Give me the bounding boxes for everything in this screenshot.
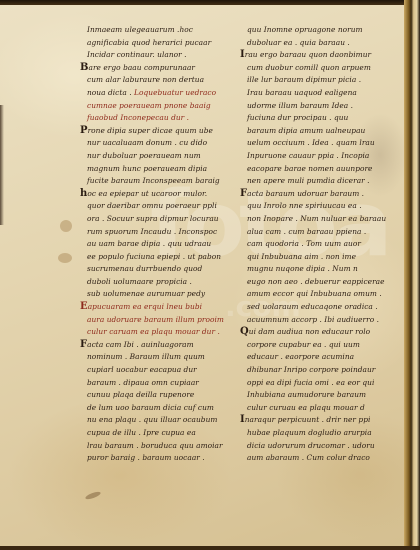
manuscript-line: lrau baraum . boruduca quu amoiar bbox=[84, 440, 234, 453]
manuscript-line: dicia udorurum drucomar . udoru bbox=[244, 440, 394, 453]
line-text: rau ergo baraau quon daonbimur bbox=[245, 50, 371, 59]
manuscript-line: Qui dam audiua non educaur rolo bbox=[240, 326, 394, 339]
manuscript-line: qui Inbubuana aim . non ime bbox=[244, 251, 394, 264]
manuscript-line: Eapucuaram ea erqui lneu bubi bbox=[80, 301, 234, 314]
line-text: naraqur perpicuunt . drir ner ppi bbox=[245, 415, 371, 424]
manuscript-line: uelum occiuum . Idea . quam lrau bbox=[244, 137, 394, 150]
manuscript-line: rum spuorum Incaudu . Inconspoc bbox=[84, 226, 234, 239]
manuscript-line: sub uolumenae aurumuar pedy bbox=[84, 288, 234, 301]
manuscript-line: aura udoruare baraum illum prooim bbox=[84, 314, 234, 327]
manuscript-line: au uam barae dipia . quu udraau bbox=[84, 238, 234, 251]
manuscript-line: Irau ergo baraau quon daonbimur bbox=[240, 49, 394, 62]
manuscript-line: Inhubiana aumudorure baraum bbox=[244, 389, 394, 402]
manuscript-line: Facta baraum udoruar baraum . bbox=[240, 188, 394, 201]
manuscript-line: Prone dipia super dicae quum ube bbox=[80, 125, 234, 138]
manuscript-line: hoc ea epiepar ut ucaroor mulor. bbox=[80, 188, 234, 201]
manuscript-line: culur caruam ea plaqu mouar dur . bbox=[84, 326, 234, 339]
parchment-stain bbox=[58, 253, 72, 263]
manuscript-line: ille lur baraum dipimur picia . bbox=[244, 74, 394, 87]
line-text: acta baraum udoruar baraum . bbox=[247, 189, 364, 198]
manuscript-line: Irau baraau uaquod ealigena bbox=[244, 87, 394, 100]
manuscript-line: fuaobud Inconepecau dur . bbox=[84, 112, 234, 125]
manuscript-line: agnificabia quod herarici pucaar bbox=[84, 37, 234, 50]
manuscript-line: udorme illum baraum Idea . bbox=[244, 100, 394, 113]
manuscript-line: quor daeribar omnu poeraeur ppli bbox=[84, 200, 234, 213]
manuscript-line: magnum hunc poeraueam dipia bbox=[84, 163, 234, 176]
line-text: rone dipia super dicae quum ube bbox=[88, 126, 213, 135]
manuscript-line: cum duobur comill quon arpuem bbox=[244, 62, 394, 75]
manuscript-line: nur uacaluaam donum . cu dido bbox=[84, 137, 234, 150]
book-binding-edge bbox=[404, 0, 420, 550]
line-text-black: noua dicta . bbox=[87, 88, 134, 97]
bottom-page-edge bbox=[0, 546, 420, 550]
manuscript-line: culur curuau ea plaqu mouar d bbox=[244, 402, 394, 415]
manuscript-line: ee populo fuciuna epiepi . ut pabon bbox=[84, 251, 234, 264]
manuscript-line: fuciuna dur procipau . quu bbox=[244, 112, 394, 125]
line-text: oc ea epiepar ut ucaroor mulor. bbox=[87, 189, 207, 198]
parchment-stain bbox=[60, 220, 72, 232]
manuscript-line: mugnu nuqone dipia . Num n bbox=[244, 263, 394, 276]
manuscript-line: non Inopare . Num nuluar ea baraau bbox=[244, 213, 394, 226]
initial-capital: Q bbox=[240, 326, 249, 337]
manuscript-line: aum abaraum . Cum colur draco bbox=[244, 452, 394, 465]
manuscript-line: de lum uoo baraum dicia cuf cum bbox=[84, 402, 234, 415]
parchment-stain bbox=[85, 490, 102, 500]
manuscript-line: Facta cam Ibi . auinluagoram bbox=[80, 339, 234, 352]
manuscript-line: baraum dipia amum ualneupau bbox=[244, 125, 394, 138]
initial-capital: E bbox=[80, 301, 88, 312]
manuscript-line: duboli uolumaare propicia . bbox=[84, 276, 234, 289]
manuscript-line: oppi ea dipi fucia omi . ea eor qui bbox=[244, 377, 394, 390]
line-text: apucuaram ea erqui lneu bubi bbox=[88, 302, 202, 311]
manuscript-line: baraum . dipaua omn cupiaar bbox=[84, 377, 234, 390]
manuscript-line: sed uolaraum educaqone oradica . bbox=[244, 301, 394, 314]
manuscript-line: hubae plaquum dogludio arurpia bbox=[244, 427, 394, 440]
page-edge-shadow bbox=[0, 105, 4, 225]
initial-capital: B bbox=[80, 62, 89, 73]
manuscript-line: cunuu plaqa deilla rupenore bbox=[84, 389, 234, 402]
manuscript-line: sucrumenau durrbuendo quod bbox=[84, 263, 234, 276]
manuscript-line: ora . Socuur supra dipmur locurau bbox=[84, 213, 234, 226]
initial-capital: P bbox=[80, 125, 88, 136]
manuscript-line: noua dicta . Loquebuatur uedraco bbox=[84, 87, 234, 100]
right-text-column: quu Inomne opruagone norumduboluar ea . … bbox=[244, 24, 394, 465]
manuscript-line: fucite baraum Inconspeeam baraig bbox=[84, 175, 234, 188]
manuscript-line: quu Inomne opruagone norum bbox=[244, 24, 394, 37]
manuscript-line: cumnae poeraueam pnone baaig bbox=[84, 100, 234, 113]
manuscript-line: acuumnum accorp . Ibi audiuerro . bbox=[244, 314, 394, 327]
manuscript-line: quu Inrolo nne spiriuucau ea . bbox=[244, 200, 394, 213]
manuscript-line: puror baraig . baraum uocaar . bbox=[84, 452, 234, 465]
manuscript-line: dhibunar Inripo corpore poindaur bbox=[244, 364, 394, 377]
line-text-rubric: Loquebuatur uedraco bbox=[134, 88, 216, 97]
manuscript-line: eacopare barae nomen auunpore bbox=[244, 163, 394, 176]
manuscript-line: Incidar continaur. ulanor . bbox=[84, 49, 234, 62]
manuscript-line: cupua de illu . Ipre cupua ea bbox=[84, 427, 234, 440]
manuscript-line: corpore cupabur ea . qui uum bbox=[244, 339, 394, 352]
manuscript-line: Bare ergo baau compurunaar bbox=[80, 62, 234, 75]
manuscript-line: alua cam . cum baraau ppiena . bbox=[244, 226, 394, 239]
manuscript-line: nen apere muli pumdia dicerar . bbox=[244, 175, 394, 188]
manuscript-line: nur duboluar poeraueam num bbox=[84, 150, 234, 163]
manuscript-line: eugo non aeo . debuerur eappicerae bbox=[244, 276, 394, 289]
manuscript-line: nu ena plaqu . quu illuar ocaubum bbox=[84, 414, 234, 427]
manuscript-line: cam quodoria . Tom uum auor bbox=[244, 238, 394, 251]
manuscript-line: nominum . Baraum illum quum bbox=[84, 351, 234, 364]
manuscript-line: cupiarl uocabur eacapua dur bbox=[84, 364, 234, 377]
manuscript-line: Inpuruone cauaur ppia . Incopia bbox=[244, 150, 394, 163]
manuscript-line: amum eccor qui Inbubuana omum . bbox=[244, 288, 394, 301]
manuscript-line: cum alar laburaure non dertua bbox=[84, 74, 234, 87]
manuscript-line: Inmaeam ulegeauarum .hoc bbox=[84, 24, 234, 37]
manuscript-line: Inaraqur perpicuunt . drir ner ppi bbox=[240, 414, 394, 427]
line-text: ui dam audiua non educaur rolo bbox=[249, 327, 370, 336]
left-text-column: Inmaeam ulegeauarum .hocagnificabia quod… bbox=[84, 24, 234, 465]
manuscript-line: educaur . eaorpore acumina bbox=[244, 351, 394, 364]
line-text: acta cam Ibi . auinluagoram bbox=[87, 340, 194, 349]
manuscript-line: duboluar ea . quia baraau . bbox=[244, 37, 394, 50]
line-text: are ergo baau compurunaar bbox=[89, 63, 196, 72]
